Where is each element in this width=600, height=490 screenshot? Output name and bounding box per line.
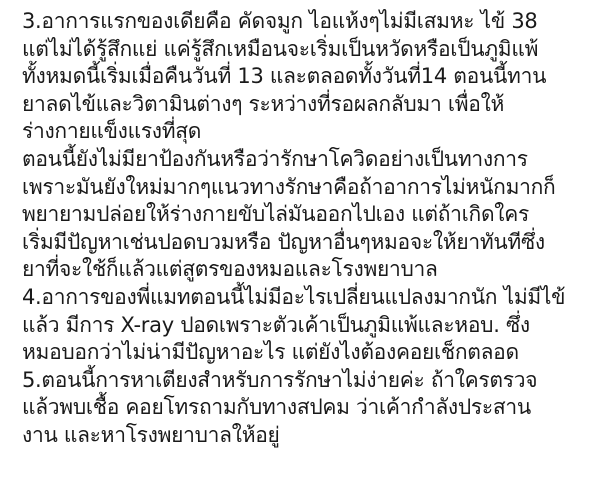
- text-line-1: 3.อาการแรกของเดียคือ คัดจมูก ไอแห้งๆไม่ม…: [22, 8, 592, 36]
- text-line-4: ยาลดไข้และวิตามินต่างๆ ระหว่างที่รอผลกลั…: [22, 91, 592, 119]
- text-line-14: 5.ตอนนี้การหาเตียงสำหรับการรักษาไม่ง่ายค…: [22, 367, 592, 395]
- text-line-7: เพราะมันยังใหม่มากๆแนวทางรักษาคือถ้าอากา…: [22, 174, 592, 202]
- text-line-12: แล้ว มีการ X-ray ปอดเพราะตัวเค้าเป็นภูมิ…: [22, 312, 592, 340]
- text-line-16: งาน และหาโรงพยาบาลให้อยู่: [22, 422, 592, 450]
- text-line-5: ร่างกายแข็งแรงที่สุด: [22, 118, 592, 146]
- text-line-11: 4.อาการของพี่แมทตอนนี้ไม่มีอะไรเปลี่ยนแป…: [22, 284, 592, 312]
- text-line-15: แล้วพบเชื้อ คอยโทรถามกับทางสปคม ว่าเค้าก…: [22, 394, 592, 422]
- text-line-2: แต่ไม่ได้รู้สึกแย่ แค่รู้สึกเหมือนจะเริ่…: [22, 36, 592, 64]
- text-line-13: หมอบอกว่าไม่น่ามีปัญหาอะไร แต่ยังไงต้องค…: [22, 339, 592, 367]
- text-line-10: ยาที่จะใช้ก็แล้วแต่สูตรของหมอและโรงพยาบา…: [22, 256, 592, 284]
- text-line-3: ทั้งหมดนี้เริ่มเมื่อคืนวันที่ 13 และตลอด…: [22, 63, 592, 91]
- text-line-9: เริ่มมีปัญหาเช่นปอดบวมหรือ ปัญหาอื่นๆหมอ…: [22, 229, 592, 257]
- text-line-8: พยายามปล่อยให้ร่างกายขับไล่มันออกไปเอง แ…: [22, 201, 592, 229]
- post-text-body: 3.อาการแรกของเดียคือ คัดจมูก ไอแห้งๆไม่ม…: [22, 8, 592, 450]
- text-line-6: ตอนนี้ยังไม่มียาป้องกันหรือว่ารักษาโควิด…: [22, 146, 592, 174]
